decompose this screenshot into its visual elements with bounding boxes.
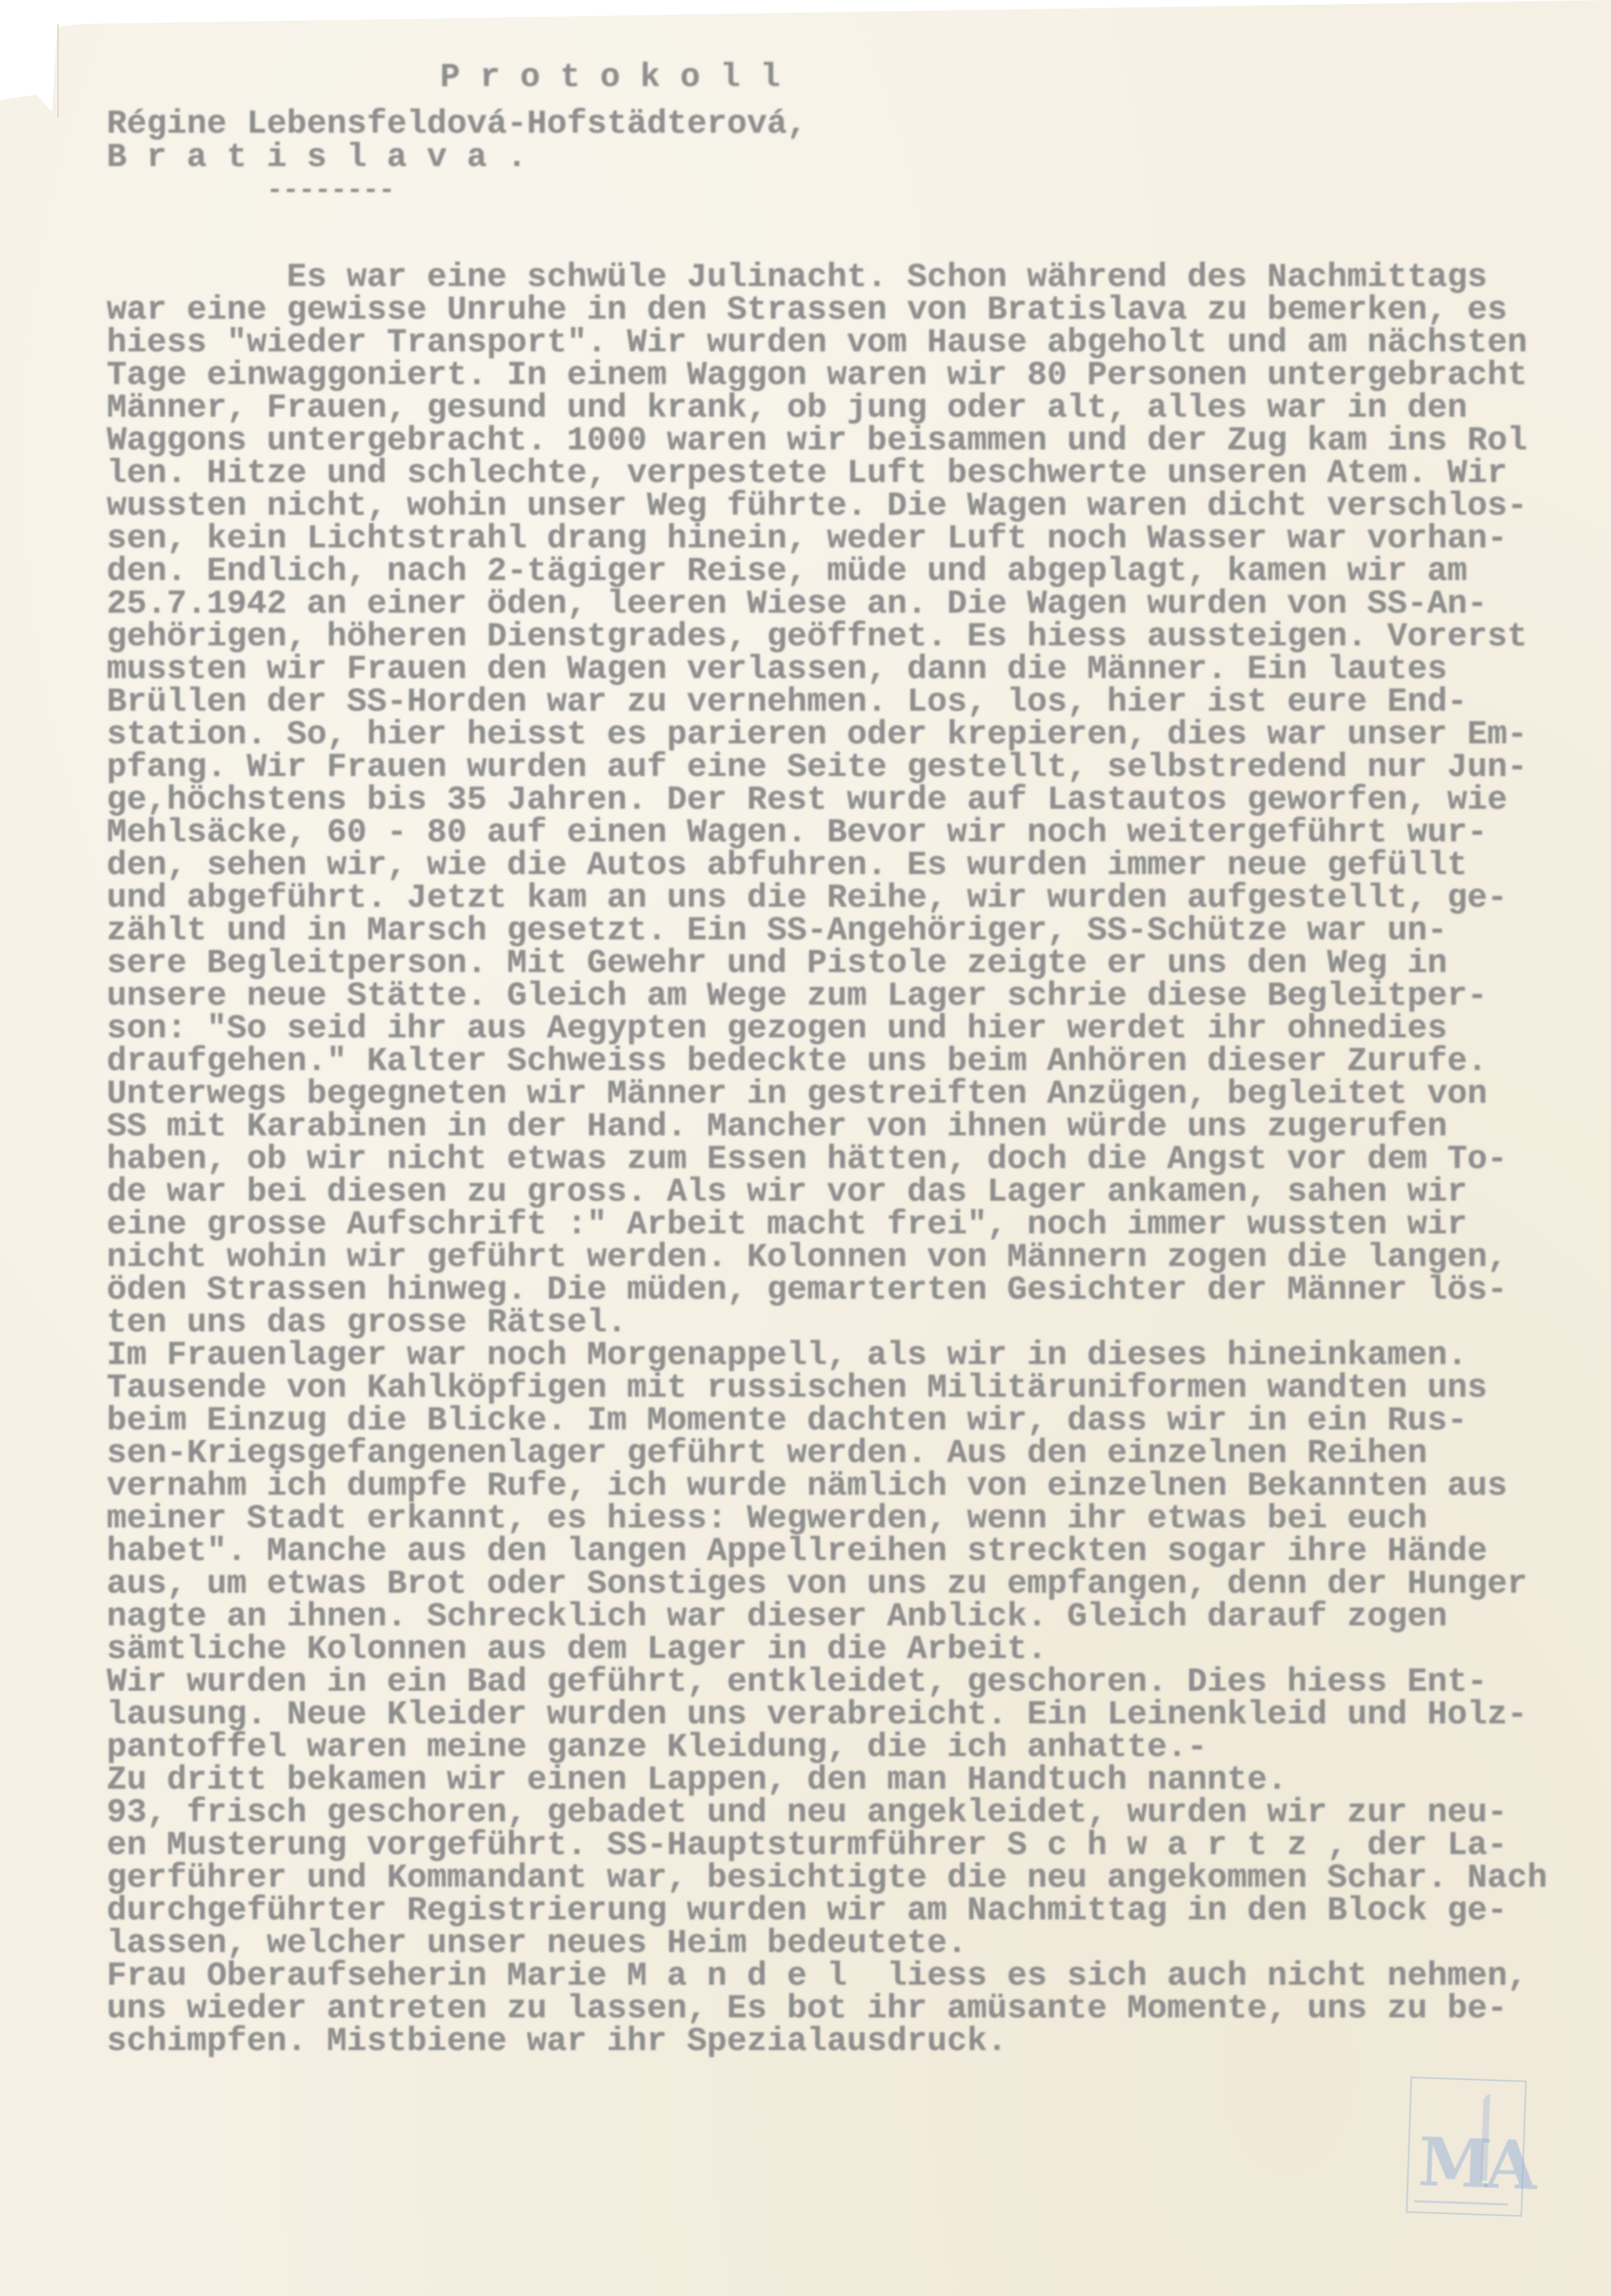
text-line: pantoffel waren meine ganze Kleidung, di… [107, 1731, 1547, 1764]
text-line: SS mit Karabinen in der Hand. Mancher vo… [107, 1111, 1547, 1143]
text-line: hiess "wieder Transport". Wir wurden vom… [107, 327, 1547, 359]
text-line: gerführer und Kommandant war, besichtigt… [107, 1862, 1547, 1895]
document-title: P r o t o k o l l [440, 61, 780, 94]
text-line: den. Endlich, nach 2-tägiger Reise, müde… [107, 555, 1547, 588]
text-line: wussten nicht, wohin unser Weg führte. D… [107, 490, 1547, 523]
text-line: Unterwegs begegneten wir Männer in gestr… [107, 1078, 1547, 1111]
text-line: 93, frisch geschoren, gebadet und neu an… [107, 1797, 1547, 1829]
text-line: ten uns das grosse Rätsel. [107, 1307, 1547, 1339]
text-line: und abgeführt. Jetzt kam an uns die Reih… [107, 882, 1547, 915]
text-line: mussten wir Frauen den Wagen verlassen, … [107, 653, 1547, 686]
text-line: nicht wohin wir geführt werden. Kolonnen… [107, 1241, 1547, 1274]
text-line: 25.7.1942 an einer öden, leeren Wiese an… [107, 588, 1547, 621]
text-line: lausung. Neue Kleider wurden uns verabre… [107, 1699, 1547, 1731]
text-line: Wir wurden in ein Bad geführt, entkleide… [107, 1666, 1547, 1699]
text-line: en Musterung vorgeführt. SS-Hauptsturmfü… [107, 1829, 1547, 1862]
text-line: Zu dritt bekamen wir einen Lappen, den m… [107, 1764, 1547, 1797]
text-line: Im Frauenlager war noch Morgenappell, al… [107, 1339, 1547, 1372]
text-line: sen-Kriegsgefangenenlager geführt werden… [107, 1437, 1547, 1470]
text-line: son: "So seid ihr aus Aegypten gezogen u… [107, 1013, 1547, 1045]
text-line: Es war eine schwüle Julinacht. Schon wäh… [107, 261, 1547, 294]
text-line: Männer, Frauen, gesund und krank, ob jun… [107, 392, 1547, 425]
text-line: Frau Oberaufseherin Marie M a n d e l li… [107, 1960, 1547, 1993]
text-line: durchgeführter Registrierung wurden wir … [107, 1895, 1547, 1927]
text-line: station. So, hier heisst es parieren ode… [107, 719, 1547, 751]
text-line: haben, ob wir nicht etwas zum Essen hätt… [107, 1143, 1547, 1176]
author-city: B r a t i s l a v a . [107, 141, 527, 174]
text-line: Waggons untergebracht. 1000 waren wir be… [107, 425, 1547, 457]
text-line: lassen, welcher unser neues Heim bedeute… [107, 1927, 1547, 1960]
text-line: len. Hitze und schlechte, verpestete Luf… [107, 457, 1547, 490]
text-line: schimpfen. Mistbiene war ihr Spezialausd… [107, 2025, 1547, 2058]
text-line: sere Begleitperson. Mit Gewehr und Pisto… [107, 947, 1547, 980]
text-line: unsere neue Stätte. Gleich am Wege zum L… [107, 980, 1547, 1013]
text-line: war eine gewisse Unruhe in den Strassen … [107, 294, 1547, 327]
text-line: eine grosse Aufschrift :" Arbeit macht f… [107, 1209, 1547, 1241]
torn-corner [57, 24, 59, 117]
text-line: habet". Manche aus den langen Appellreih… [107, 1535, 1547, 1568]
archive-stamp: MA [1406, 2077, 1526, 2217]
protocol-body: Es war eine schwüle Julinacht. Schon wäh… [107, 261, 1547, 2058]
author-name: Régine Lebensfeldová-Hofstädterová, [107, 108, 807, 141]
text-line: beim Einzug die Blicke. Im Momente dacht… [107, 1405, 1547, 1437]
text-line: Tage einwaggoniert. In einem Waggon ware… [107, 359, 1547, 392]
text-line: zählt und in Marsch gesetzt. Ein SS-Ange… [107, 915, 1547, 947]
text-line: aus, um etwas Brot oder Sonstiges von un… [107, 1568, 1547, 1601]
title-separator: -------- [267, 175, 395, 207]
text-line: vernahm ich dumpfe Rufe, ich wurde nämli… [107, 1470, 1547, 1503]
text-line: pfang. Wir Frauen wurden auf eine Seite … [107, 751, 1547, 784]
stamp-monogram: MA [1417, 2125, 1532, 2203]
text-line: sämtliche Kolonnen aus dem Lager in die … [107, 1633, 1547, 1666]
text-line: uns wieder antreten zu lassen, Es bot ih… [107, 1993, 1547, 2025]
text-line: gehörigen, höheren Dienstgrades, geöffne… [107, 621, 1547, 653]
text-line: draufgehen." Kalter Schweiss bedeckte un… [107, 1045, 1547, 1078]
text-line: nagte an ihnen. Schrecklich war dieser A… [107, 1601, 1547, 1633]
text-line: meiner Stadt erkannt, es hiess: Wegwerde… [107, 1503, 1547, 1535]
text-line: sen, kein Lichtstrahl drang hinein, wede… [107, 523, 1547, 555]
text-line: de war bei diesen zu gross. Als wir vor … [107, 1176, 1547, 1209]
text-line: Mehlsäcke, 60 - 80 auf einen Wagen. Bevo… [107, 817, 1547, 849]
text-line: ge,höchstens bis 35 Jahren. Der Rest wur… [107, 784, 1547, 817]
text-line: Brüllen der SS-Horden war zu vernehmen. … [107, 686, 1547, 719]
text-line: den, sehen wir, wie die Autos abfuhren. … [107, 849, 1547, 882]
text-line: Tausende von Kahlköpfigen mit russischen… [107, 1372, 1547, 1405]
text-line: öden Strassen hinweg. Die müden, gemarte… [107, 1274, 1547, 1307]
